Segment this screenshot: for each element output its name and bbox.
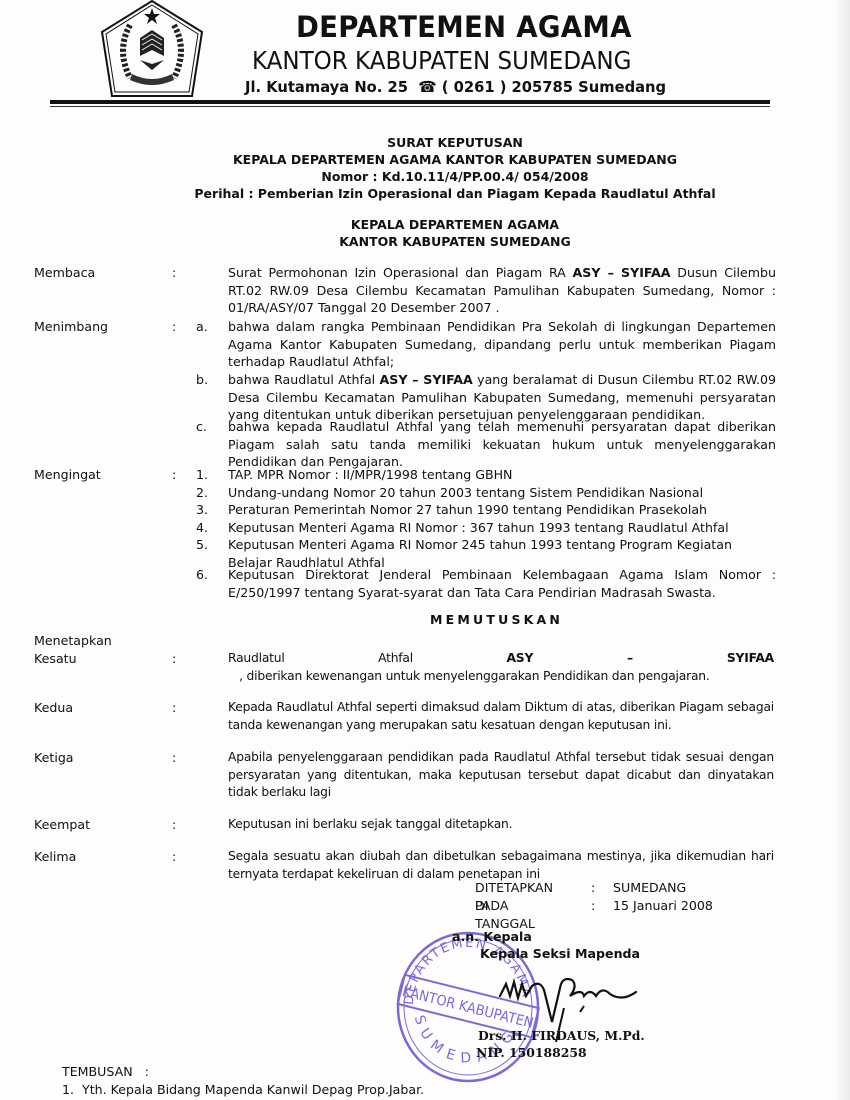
- membaca-text: Surat Permohonan Izin Operasional dan Pi…: [228, 264, 776, 317]
- ministry-emblem-icon: [100, 0, 204, 98]
- item-text: , diberikan kewenangan untuk menyelengga…: [228, 669, 710, 683]
- item-text: Peraturan Pemerintah Nomor 27 tahun 1990…: [228, 501, 776, 519]
- diktum-label: Ketiga: [34, 749, 74, 767]
- item-text: Segala sesuatu akan diubah dan dibetulka…: [228, 848, 774, 883]
- signatory-nip: NIP. 150188258: [476, 1045, 587, 1060]
- phone-text: ( 0261 ) 205785 Sumedang: [442, 78, 666, 96]
- decree-number: Nomor : Kd.10.11/4/PP.00.4/ 054/2008: [30, 168, 850, 185]
- item-marker: 6.: [196, 566, 208, 584]
- item-text: Surat Permohonan Izin Operasional dan Pi…: [228, 265, 573, 280]
- item-text: Kepada Raudlatul Athfal seperti dimaksud…: [228, 699, 774, 734]
- signatory-position: Kepala Seksi Mapenda: [480, 946, 640, 961]
- membaca-label: Membaca: [34, 264, 95, 282]
- menimbang-label: Menimbang: [34, 318, 108, 336]
- tembusan-label: TEMBUSAN :: [62, 1064, 149, 1079]
- decree-type: SURAT KEPUTUSAN: [30, 134, 850, 151]
- institution-name: DEPARTEMEN AGAMA: [296, 10, 632, 44]
- heading-line-2: KANTOR KABUPATEN SUMEDANG: [30, 233, 850, 250]
- colon: :: [172, 816, 176, 834]
- memutuskan-heading: MEMUTUSKAN: [430, 612, 563, 627]
- colon: :: [172, 699, 176, 717]
- item-text: Apabila penyelenggaraan pendidikan pada …: [228, 749, 774, 802]
- item-text: Keputusan Menteri Agama RI Nomor : 367 t…: [228, 519, 776, 537]
- address-text: Jl. Kutamaya No. 25: [245, 78, 408, 96]
- item-marker: 3.: [196, 501, 208, 519]
- item-text: TAP. MPR Nomor : II/MPR/1998 tentang GBH…: [228, 466, 776, 484]
- item-text: bahwa dalam rangka Pembinaan Pendidikan …: [228, 318, 776, 371]
- item-marker: a.: [196, 318, 208, 336]
- item-marker: c.: [196, 418, 207, 436]
- school-name: ASY – SYIFAA: [506, 651, 774, 665]
- item-text: :: [591, 879, 595, 897]
- item-text: bahwa Raudlatul Athfal ASY – SYIFAA yang…: [228, 371, 776, 424]
- tembusan-item: 1. Yth. Kepala Bidang Mapenda Kanwil Dep…: [62, 1082, 424, 1097]
- item-marker: 2.: [196, 484, 208, 502]
- item-text: :: [591, 897, 595, 915]
- heading-line-1: KEPALA DEPARTEMEN AGAMA: [30, 216, 850, 233]
- item-text: Raudlatul Athfal: [228, 651, 506, 665]
- mengingat-label: Mengingat: [34, 466, 101, 484]
- item-text: bahwa kepada Raudlatul Athfal yang telah…: [228, 419, 776, 469]
- decree-title: SURAT KEPUTUSAN KEPALA DEPARTEMEN AGAMA …: [30, 134, 850, 202]
- school-name: ASY – SYIFAA: [380, 372, 473, 387]
- decree-heading: KEPALA DEPARTEMEN AGAMA KANTOR KABUPATEN…: [30, 216, 850, 250]
- colon: :: [172, 466, 176, 484]
- decree-issuer: KEPALA DEPARTEMEN AGAMA KANTOR KABUPATEN…: [30, 151, 850, 168]
- item-text: Undang-undang Nomor 20 tahun 2003 tentan…: [228, 484, 776, 502]
- school-name: ASY – SYIFAA: [573, 265, 671, 280]
- diktum-label: Kedua: [34, 699, 73, 717]
- decree-subject: Perihal : Pemberian Izin Operasional dan…: [30, 185, 850, 202]
- colon: :: [172, 264, 176, 282]
- office-address: Jl. Kutamaya No. 25 ☎ ( 0261 ) 205785 Su…: [245, 78, 666, 96]
- on-behalf-of: a.n. Kepala: [452, 929, 532, 944]
- item-marker: 1.: [196, 466, 208, 484]
- signatory-name: Drs. H. FIRDAUS, M.Pd.: [478, 1028, 645, 1043]
- item-text: bahwa dalam rangka Pembinaan Pendidikan …: [228, 319, 776, 369]
- diktum-label: Menetapkan: [34, 632, 112, 650]
- item-text: Keputusan ini berlaku sejak tanggal dite…: [228, 816, 774, 834]
- colon: :: [172, 318, 176, 336]
- diktum-label: Keempat: [34, 816, 90, 834]
- diktum-label: Kesatu: [34, 650, 77, 668]
- telephone-icon: ☎: [413, 78, 436, 96]
- item-text: Keputusan Direktorat Jenderal Pembinaan …: [228, 566, 776, 601]
- item-text: bahwa kepada Raudlatul Athfal yang telah…: [228, 418, 776, 471]
- letterhead-divider-thin: [50, 106, 770, 107]
- colon: :: [172, 848, 176, 866]
- item-text: bahwa Raudlatul Athfal: [228, 372, 380, 387]
- colon: :: [172, 749, 176, 767]
- letterhead-divider-thick: [50, 100, 770, 104]
- office-name: KANTOR KABUPATEN SUMEDANG: [252, 46, 631, 75]
- diktum-label: Kelima: [34, 848, 76, 866]
- item-marker: 5.: [196, 536, 208, 554]
- item-text: SUMEDANG: [613, 879, 686, 897]
- item-text: Raudlatul Athfal ASY – SYIFAA , diberika…: [228, 650, 774, 685]
- item-marker: b.: [196, 371, 208, 389]
- item-marker: 4.: [196, 519, 208, 537]
- item-text: 15 Januari 2008: [613, 897, 713, 915]
- colon: :: [172, 650, 176, 668]
